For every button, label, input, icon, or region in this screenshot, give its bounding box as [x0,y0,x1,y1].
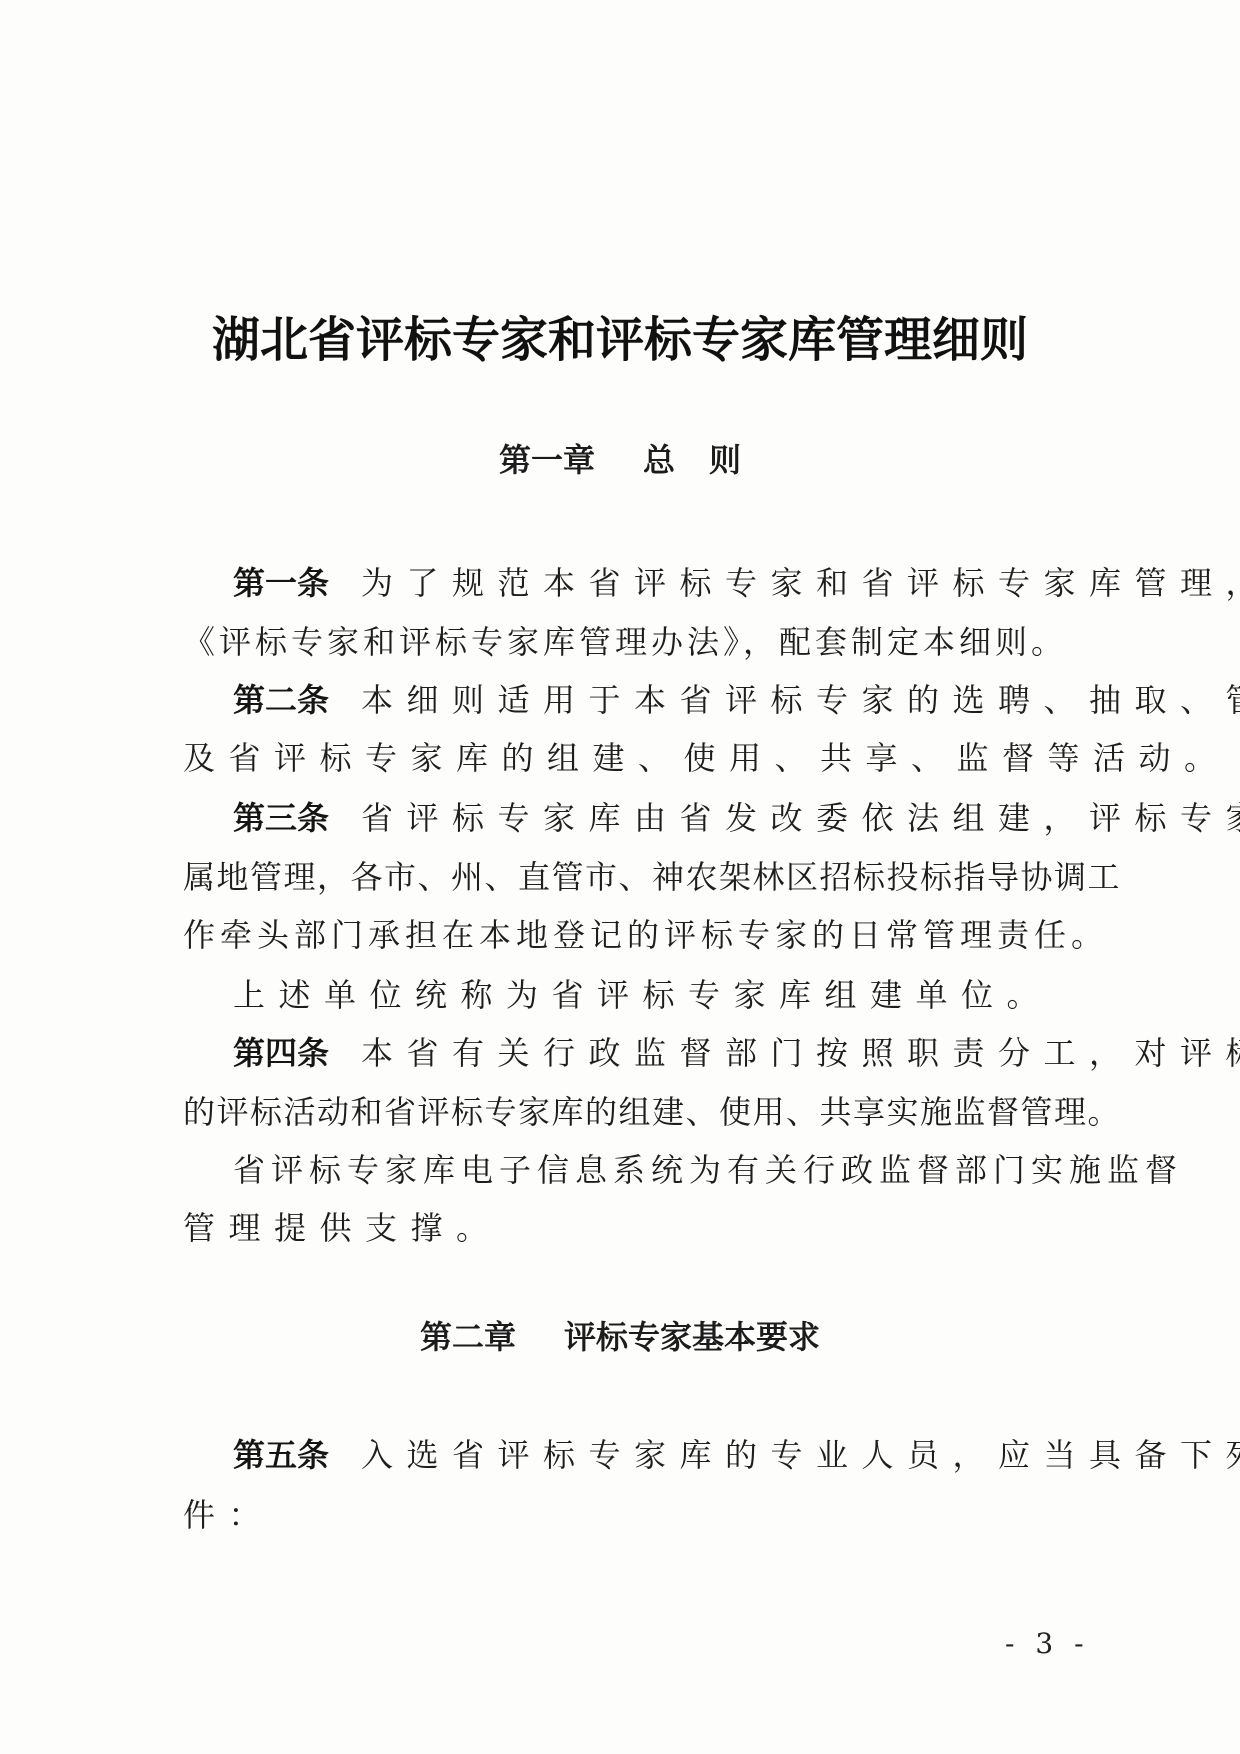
article-1-line-1: 第一条为了规范本省评标专家和省评标专家库管理，根据 [183,563,1078,603]
article-2-line-2: 及省评标专家库的组建、使用、共享、监督等活动。 [183,738,1078,778]
article-label: 第四条 [233,1034,329,1072]
article-text: 为了规范本省评标专家和省评标专家库管理，根据 [361,564,1240,602]
article-text: 入选省评标专家库的专业人员，应当具备下列条 [361,1436,1240,1474]
article-1-line-2: 《评标专家和评标专家库管理办法》，配套制定本细则。 [183,622,1078,662]
article-label: 第一条 [233,564,329,602]
article-4-line-1: 第四条本省有关行政监督部门按照职责分工，对评标专家 [183,1033,1078,1073]
article-5-line-1: 第五条入选省评标专家库的专业人员，应当具备下列条 [183,1435,1078,1475]
document-title: 湖北省评标专家和评标专家库管理细则 [0,312,1240,368]
chapter-name-part: 总 [643,441,675,479]
chapter-name: 评标专家基本要求 [564,1318,820,1356]
article-4-paragraph-2-line-1: 省评标专家库电子信息系统为有关行政监督部门实施监督 [183,1150,1078,1190]
chapter-1-heading: 第一章总则 [0,440,1240,480]
article-3-line-3: 作牵头部门承担在本地登记的评标专家的日常管理责任。 [183,915,1078,955]
article-label: 第二条 [233,681,329,719]
chapter-2-heading: 第二章评标专家基本要求 [0,1317,1240,1357]
article-2-line-1: 第二条本细则适用于本省评标专家的选聘、抽取、管理以 [183,680,1078,720]
chapter-number: 第二章 [420,1318,516,1356]
document-page: 湖北省评标专家和评标专家库管理细则 第一章总则 第一条为了规范本省评标专家和省评… [0,0,1240,1754]
page-number: - 3 - [1005,1628,1090,1660]
article-3-paragraph-2: 上述单位统称为省评标专家库组建单位。 [183,975,1078,1015]
chapter-name-part: 则 [709,441,741,479]
article-4-line-2: 的评标活动和省评标专家库的组建、使用、共享实施监督管理。 [183,1092,1078,1132]
article-text: 省评标专家库由省发改委依法组建，评标专家实行 [361,799,1240,837]
article-3-line-2: 属地管理，各市、州、直管市、神农架林区招标投标指导协调工 [183,857,1078,897]
article-text: 本省有关行政监督部门按照职责分工，对评标专家 [361,1034,1240,1072]
article-5-line-2: 件： [183,1495,1078,1535]
article-4-paragraph-2-line-2: 管理提供支撑。 [183,1208,1078,1248]
article-3-line-1: 第三条省评标专家库由省发改委依法组建，评标专家实行 [183,798,1078,838]
chapter-number: 第一章 [499,441,595,479]
article-label: 第三条 [233,799,329,837]
article-label: 第五条 [233,1436,329,1474]
article-text: 本细则适用于本省评标专家的选聘、抽取、管理以 [361,681,1240,719]
